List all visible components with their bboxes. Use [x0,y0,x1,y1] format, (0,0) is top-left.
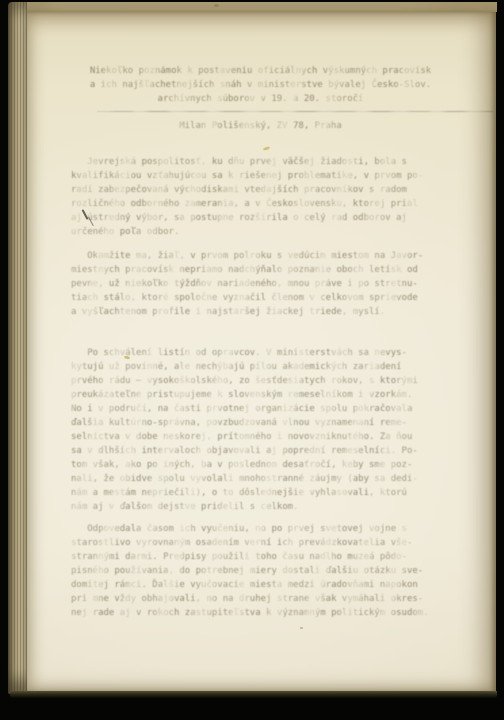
body-paragraph-2: Okamžite ma, žiaľ, v prvom polroku s ved… [71,249,450,319]
document-title-line-3: archívnych súborov v 19. a 20. storočí [71,92,450,106]
paper-speck [300,627,303,629]
title-underline [97,111,493,112]
book-cover-bottom-edge [10,691,497,698]
body-paragraph-3: Po schválení listín od opravcov. V minis… [71,346,450,514]
document-title-line-1: Niekoľko poznámok k postaveniu oficiálny… [71,64,450,78]
book-scan: Niekoľko poznámok k postaveniu oficiálny… [0,0,504,720]
page-stack-edge-top [27,2,497,12]
paper-speck [214,4,219,7]
typewritten-text-block: Niekoľko poznámok k postaveniu oficiálny… [27,12,496,692]
document-title-line-2: a ich najšľachetnejších snáh v ministers… [71,78,450,92]
page-surface: Niekoľko poznámok k postaveniu oficiálny… [27,12,496,692]
body-paragraph-4: Odpovedala časom ich vyučeniu, no po prv… [71,522,450,620]
body-paragraph-1: Jevrejská pospolitosť, ku dňu prvej väčš… [71,155,450,239]
author-byline: Milan Polišenský, ZV 78, Praha [71,119,450,133]
page-stack-edge-left [8,2,28,694]
